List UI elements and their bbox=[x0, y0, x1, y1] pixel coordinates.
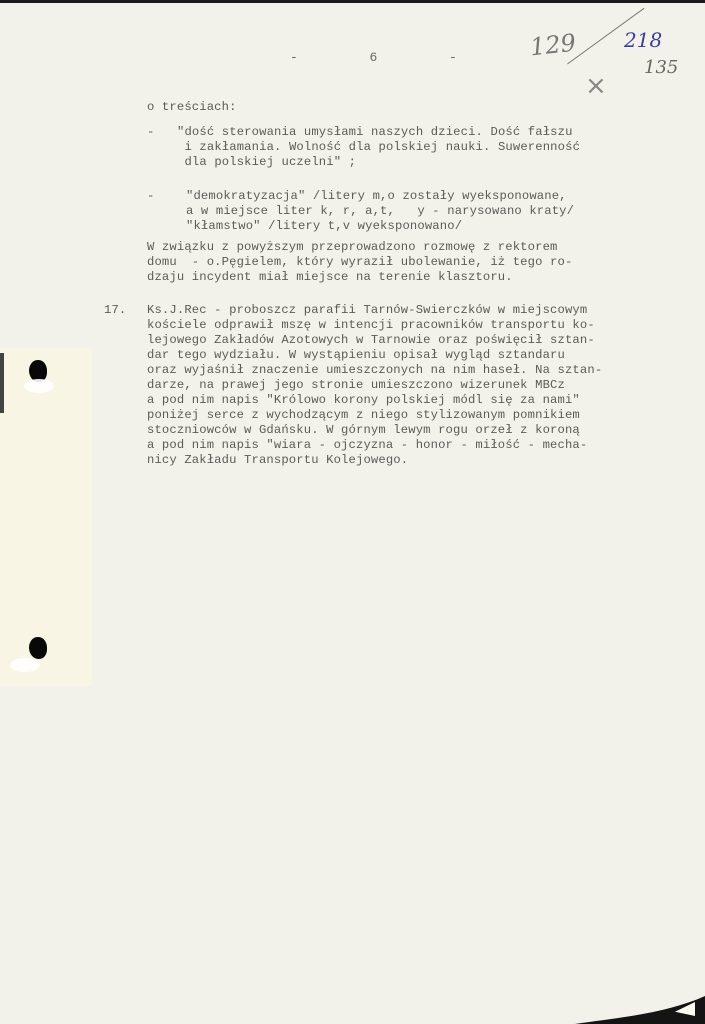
section-line-10: a pod nim napis "wiara - ojczyzna - hono… bbox=[147, 438, 587, 453]
bullet-1-marker: - bbox=[147, 125, 154, 140]
section-line-6: darze, na prawej jego stronie umieszczon… bbox=[147, 378, 565, 393]
handwritten-x-mark: × bbox=[585, 71, 607, 101]
bullet-1-line-2: i zakłamania. Wolność dla polskiej nauki… bbox=[177, 140, 580, 155]
handwritten-number: 135 bbox=[644, 57, 678, 78]
section-number: 17. bbox=[104, 303, 126, 318]
page-edge-shadow bbox=[0, 353, 4, 413]
punch-hole-bottom bbox=[29, 637, 47, 659]
bullet-2-line-1: "demokratyzacja" /litery m,o zostały wye… bbox=[186, 189, 567, 204]
handwritten-blue-number: 218 bbox=[624, 28, 662, 52]
bullet-2-line-3: "kłamstwo" /litery t,v wyeksponowano/ bbox=[186, 219, 462, 234]
page-number: - 6 - bbox=[290, 51, 457, 66]
section-line-4: dar tego wydziału. W wystąpieniu opisał … bbox=[147, 348, 565, 363]
paragraph-line-3: dzaju incydent miał miejsce na terenie k… bbox=[147, 270, 513, 285]
paragraph-line-2: domu - o.Pęgielem, który wyraził ubolewa… bbox=[147, 255, 572, 270]
bullet-2-line-2: a w miejsce liter k, r, a,t, y - narysow… bbox=[186, 204, 574, 219]
paragraph-line-1: W związku z powyższym przeprowadzono roz… bbox=[147, 240, 558, 255]
section-line-5: oraz wyjaśnił znaczenie umieszczonych na… bbox=[147, 363, 602, 378]
bullet-1-line-1: "dość sterowania umysłami naszych dzieci… bbox=[177, 125, 573, 140]
punch-hole-bottom-mark bbox=[10, 658, 40, 672]
section-line-7: a pod nim napis "Królowo korony polskiej… bbox=[147, 393, 580, 408]
section-line-11: nicy Zakładu Transportu Kolejowego. bbox=[147, 453, 408, 468]
section-line-3: lejowego Zakładów Azotowych w Tarnowie o… bbox=[147, 333, 595, 348]
handwritten-crossed-number: 129 bbox=[529, 29, 577, 62]
bullet-1-line-3: dla polskiej uczelni" ; bbox=[177, 155, 356, 170]
bullet-2-marker: - bbox=[147, 189, 154, 204]
intro-line: o treściach: bbox=[147, 100, 237, 115]
section-line-1: Ks.J.Rec - proboszcz parafii Tarnów-Swie… bbox=[147, 303, 587, 318]
section-line-9: stoczniowców w Gdańsku. W górnym lewym r… bbox=[147, 423, 580, 438]
document-page: - 6 - 129 218 135 × o treściach: - "dość… bbox=[0, 3, 705, 1024]
section-line-8: poniżej serce z wychodzącym z niego styl… bbox=[147, 408, 580, 423]
punch-hole-top-mark bbox=[24, 379, 54, 393]
binding-strip bbox=[0, 348, 92, 686]
section-line-2: kościele odprawił mszę w intencji pracow… bbox=[147, 318, 595, 333]
